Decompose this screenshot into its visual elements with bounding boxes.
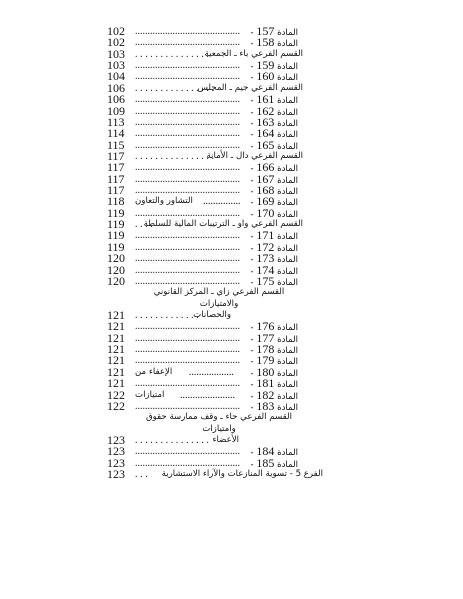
dot-leader: ........................................… bbox=[135, 355, 257, 366]
toc-row-subsection-zay-line-1: القسم الفرعي زاي ـ المركز القانوني bbox=[107, 287, 303, 298]
dot-leader: ........................................… bbox=[135, 60, 257, 71]
dot-leader: ........................................… bbox=[135, 458, 257, 469]
subsection-heading-continued: وامتيازات bbox=[135, 424, 303, 435]
dot-leader: ........................................… bbox=[135, 174, 257, 185]
dot-leader: ........................................… bbox=[135, 185, 257, 196]
subsection-heading: القسم الفرعي زاي ـ المركز القانوني bbox=[135, 287, 303, 298]
toc-row-section-5: 123 ... الفرع 5 - تسوية المنازعات والآرا… bbox=[107, 469, 303, 480]
toc-row-article-165: 115 ....................................… bbox=[107, 140, 303, 151]
page-number: 120 bbox=[107, 276, 127, 287]
page-number: 122 bbox=[107, 401, 127, 412]
dot-leader: ........................................… bbox=[135, 401, 257, 412]
dot-leader: ........................................… bbox=[135, 162, 257, 173]
dot-leader: ........................................… bbox=[135, 117, 257, 128]
dot-leader: ........................................… bbox=[135, 230, 257, 241]
dot-leader: ........................................… bbox=[135, 344, 257, 355]
toc-row-subsection-zay-line-2: والامتيازات bbox=[107, 299, 303, 310]
dot-leader: ........................................… bbox=[135, 106, 257, 117]
dot-leader: ........................................… bbox=[135, 321, 257, 332]
dot-leader: ........................................… bbox=[135, 265, 257, 276]
dot-leader: ........................................… bbox=[135, 253, 257, 264]
dot-leader: ........................................… bbox=[135, 94, 257, 105]
dot-leader: ........................................… bbox=[135, 128, 257, 139]
dot-leader: ........................................… bbox=[135, 378, 257, 389]
dot-leader: ... bbox=[135, 469, 155, 480]
subsection-heading: القسم الفرعي واو ـ الترتيبات المالية للس… bbox=[144, 219, 303, 230]
dot-leader: ........................................… bbox=[135, 140, 257, 151]
dot-leader: ........................................… bbox=[135, 26, 257, 37]
dot-leader: ........................................… bbox=[135, 208, 257, 219]
dot-leader: ........................................… bbox=[135, 333, 257, 344]
subsection-heading: القسم الفرعي حاء ـ وقف ممارسة حقوق bbox=[135, 412, 303, 423]
dot-leader: ............... bbox=[135, 435, 215, 446]
table-of-contents: 102 ....................................… bbox=[107, 26, 303, 480]
toc-row-article-158: 102 ....................................… bbox=[107, 37, 303, 48]
toc-row-article-185: 123 ....................................… bbox=[107, 458, 303, 469]
toc-row-article-160: 104 ....................................… bbox=[107, 71, 303, 82]
toc-row-subsection-ha-line-1: القسم الفرعي حاء ـ وقف ممارسة حقوق bbox=[107, 412, 303, 423]
toc-row-article-170: 119 ....................................… bbox=[107, 208, 303, 219]
page-number: 123 bbox=[107, 469, 127, 480]
dot-leader: ........................................… bbox=[135, 446, 257, 457]
subsection-heading: القسم الفرعي باء ـ الجمعية bbox=[205, 49, 304, 60]
dot-leader: ........................................… bbox=[135, 276, 257, 287]
subsection-heading-continued: والامتيازات bbox=[135, 299, 303, 310]
subsection-heading: القسم الفرعي دال ـ الأمانة bbox=[206, 151, 303, 162]
dot-leader: ............... bbox=[135, 49, 215, 60]
dot-leader: ........................................… bbox=[135, 71, 257, 82]
section-heading: الفرع 5 - تسوية المنازعات والآراء الاستش… bbox=[162, 469, 323, 480]
dot-leader: ........................................… bbox=[135, 37, 257, 48]
toc-row-article-175: 120 ....................................… bbox=[107, 276, 303, 287]
subsection-heading-continued: الأعضاء bbox=[212, 435, 239, 446]
subsection-heading-continued: والحصانات bbox=[193, 310, 231, 321]
subsection-heading: القسم الفرعي جيم ـ المجلس bbox=[197, 83, 303, 94]
toc-row-article-183: 122 ....................................… bbox=[107, 401, 303, 412]
dot-leader: ........................................… bbox=[135, 242, 257, 253]
toc-row-subsection-ha-line-2: وامتيازات bbox=[107, 424, 303, 435]
